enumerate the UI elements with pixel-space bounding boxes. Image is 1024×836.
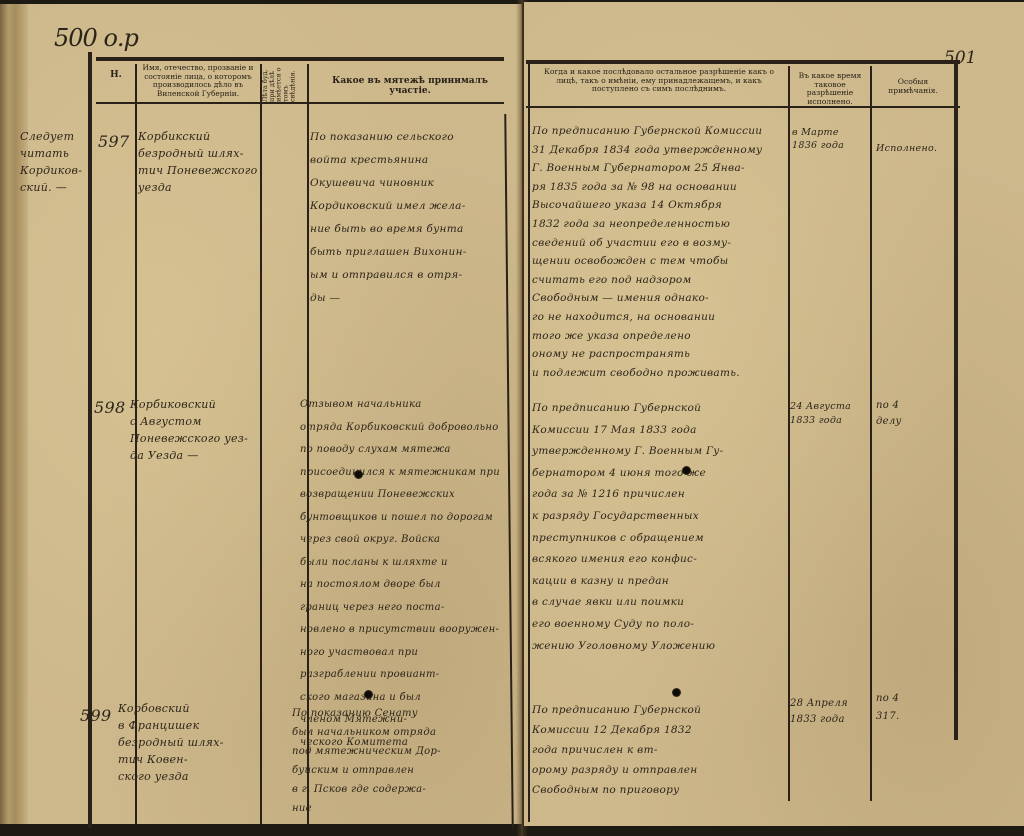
entry-resolution: По предписанию Губернской Комиссии 17 Ма… (532, 398, 788, 657)
entry-resolution: По предписанию Губернской Комиссии 31 Де… (532, 122, 792, 382)
entry-executed: в Марте 1836 года (792, 126, 872, 152)
header-bottom-rule (96, 102, 504, 104)
entry-executed: 24 Августа 1833 года (790, 400, 870, 428)
header-top-rule (526, 60, 960, 64)
column-divider (260, 64, 262, 824)
page-edge-stack (0, 4, 28, 824)
entry-executed: 28 Апреля 1833 года (790, 696, 870, 728)
paper-hole (682, 466, 691, 475)
header-bottom-rule (526, 106, 960, 108)
right-border-rule (954, 60, 958, 740)
entry-participation: По показанию Сенату был начальником отря… (292, 704, 504, 818)
entry-number: 597 (98, 130, 129, 153)
entry-notes: по 4 делу (876, 398, 946, 430)
column-divider (528, 62, 530, 822)
header-number: Н. (98, 70, 134, 80)
entry-name: Корбикский безродный шлях- тич Поневежск… (138, 128, 260, 196)
right-page-number: 501 (944, 48, 976, 68)
paper-hole (364, 690, 373, 699)
header-top-rule (96, 57, 504, 61)
entry-participation: По показанию сельского войта крестьянина… (310, 126, 510, 310)
header-notes: Особыя примѣчанія. (872, 78, 954, 95)
left-page-number: 500 о.р (54, 24, 138, 52)
entry-number: 598 (94, 396, 125, 419)
entry-number: 599 (80, 704, 111, 727)
header-name: Имя, отечество, прозваніе и состояніе ли… (138, 64, 258, 98)
header-participation: Какое въ мятежѣ принималъ участіе. (312, 76, 508, 97)
entry-notes: Исполнено. (876, 140, 956, 157)
paper-hole (354, 470, 363, 479)
header-resolution: Когда и какое послѣдовало остальное разр… (532, 68, 786, 94)
entry-participation: Отзывом начальника отряда Корбиковский д… (300, 394, 510, 754)
entry-name: Корбиковский с Августом Поневежского уез… (130, 396, 252, 464)
entry-name: Корбовский в Францишек безродный шлях- т… (118, 700, 246, 785)
right-page: 501 Когда и какое послѣдовало остальное … (524, 2, 1024, 826)
header-executed: Въ какое время таковое разрѣшеніе исполн… (790, 72, 870, 107)
column-divider (870, 66, 872, 801)
ledger-spread: 500 о.р Н. Имя, отечество, прозваніе и с… (0, 0, 1024, 836)
margin-note: Следует читать Кордиков- ский. — (20, 128, 90, 196)
paper-hole (672, 688, 681, 697)
left-page: 500 о.р Н. Имя, отечество, прозваніе и с… (0, 4, 522, 824)
entry-resolution: По предписанию Губернской Комиссии 12 Де… (532, 700, 788, 800)
entry-notes: по 4 317. (876, 690, 946, 726)
header-years: Лѣта буд. при дѣлѣ имѣется о томъ свѣдѣн… (262, 64, 306, 102)
